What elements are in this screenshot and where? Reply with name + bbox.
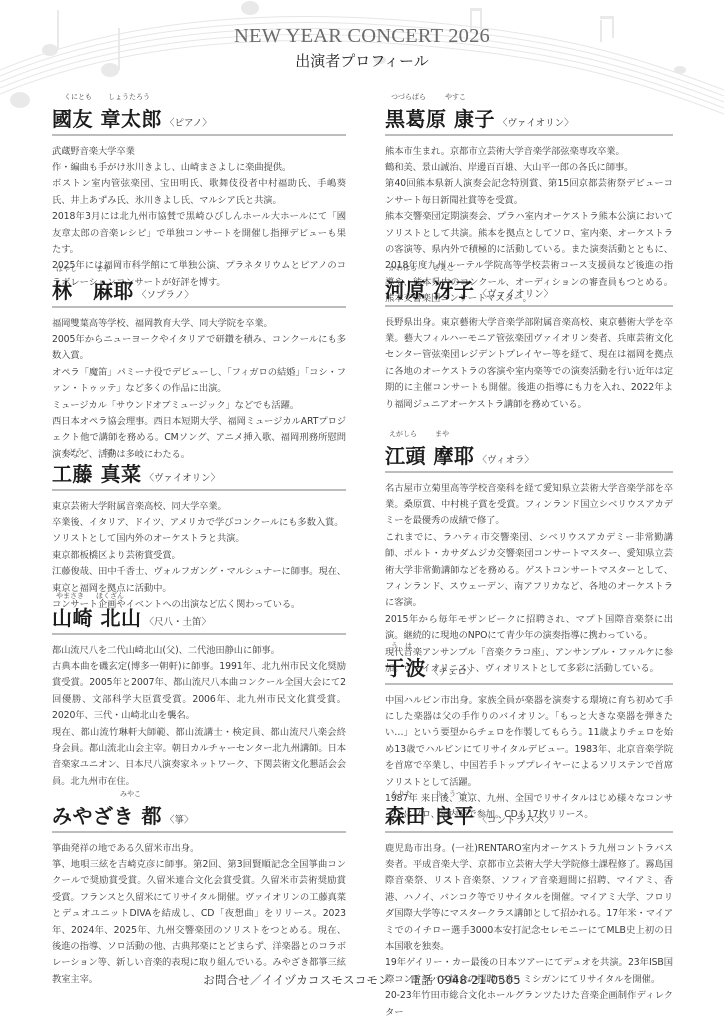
divider: [52, 134, 346, 136]
biography: 都山流尺八を二代山崎北山(父)、二代池田静山に師事。 古典本曲を磯玄定(博多一朝…: [52, 643, 346, 791]
biography: 福岡雙葉高等学校、福岡教育大学、同大学院を卒業。 2005年からニューヨークやイ…: [52, 316, 346, 464]
performer-name: 于波: [385, 652, 426, 681]
profile-tsuzurabara: つづらばら やすこ 黒葛原 康子 〈ヴァイオリン〉 熊本市生まれ。京都市立芸術大…: [385, 92, 673, 263]
divider: [52, 633, 346, 635]
ruby-family: やまさき: [56, 591, 84, 601]
instrument-label: 〈ヴァイオリン〉: [144, 470, 220, 484]
ruby-family: かわはら: [389, 263, 417, 273]
concert-title: NEW YEAR CONCERT 2026: [0, 24, 724, 48]
divider: [385, 134, 673, 136]
performer-name: 國友 章太郎: [52, 103, 162, 132]
biography: 鹿児島市出身。(一社)RENTARO室内オーケストラ九州コントラバス奏者。平成音…: [385, 841, 673, 1021]
right-column: つづらばら やすこ 黒葛原 康子 〈ヴァイオリン〉 熊本市生まれ。京都市立芸術大…: [385, 92, 673, 1021]
performer-name: 林 麻耶: [52, 275, 134, 304]
instrument-label: 〈チェロ〉: [429, 664, 476, 678]
ruby-family: はやし: [56, 264, 77, 274]
performer-name: 森田 良平: [385, 800, 474, 829]
profile-hayashi: はやし まや 林 麻耶 〈ソプラノ〉 福岡雙葉高等学校、福岡教育大学、同大学院を…: [52, 264, 346, 447]
profile-miyazaki: みやこ みやざき 都 〈箏〉 箏曲発祥の地である久留米市出身。 箏、地唄三絃を吉…: [52, 789, 346, 988]
instrument-label: 〈ヴァイオリン〉: [498, 115, 574, 129]
tel-label: 電話: [410, 973, 433, 987]
ruby-given: まや: [435, 429, 449, 439]
biography: 箏曲発祥の地である久留米市出身。 箏、地唄三絃を吉崎克彦に師事。第2回、第3回賢…: [52, 841, 346, 989]
performer-name: 山崎 北山: [52, 602, 141, 631]
ruby-given: みやこ: [120, 789, 141, 799]
ruby-family: えがしら: [389, 429, 417, 439]
divider: [385, 831, 673, 833]
performer-name: 工藤 真菜: [52, 458, 141, 487]
profile-kunitomo: くにとも しょうたろう 國友 章太郎 〈ピアノ〉 武蔵野音楽大学卒業 作・編曲も…: [52, 92, 346, 264]
contact-label: お問合せ／イイヅカコスモスコモン: [203, 973, 390, 987]
ruby-family: う は: [391, 641, 412, 651]
profile-yu-bo: う は 于波 〈チェロ〉 中国ハルビン市出身。家族全員が楽器を演奏する環境に育ち…: [385, 641, 673, 789]
performer-name: 江頭 摩耶: [385, 440, 474, 469]
contact-footer: お問合せ／イイヅカコスモスコモン 電話 0948-21-0505: [0, 972, 724, 988]
phone-number[interactable]: 0948-21-0505: [437, 973, 521, 987]
ruby-family: くどう: [62, 447, 83, 457]
performer-name: 河原 冴子: [385, 274, 474, 303]
page-title: 出演者プロフィール: [0, 51, 724, 71]
divider: [385, 305, 673, 307]
divider: [385, 683, 673, 685]
divider: [52, 489, 346, 491]
ruby-given: まや: [96, 264, 110, 274]
instrument-label: 〈ヴィオラ〉: [477, 452, 533, 466]
divider: [52, 831, 346, 833]
biography: 長野県出身。東京藝術大学音楽学部附属音楽高校、東京藝術大学を卒業。藝大フィルハー…: [385, 315, 673, 413]
performer-name: みやざき 都: [52, 800, 162, 829]
profile-kudo: くどう まな 工藤 真菜 〈ヴァイオリン〉 東京芸術大学附属音楽高校、同大学卒業…: [52, 447, 346, 591]
ruby-given: ほくざん: [96, 591, 124, 601]
ruby-family: もりた: [391, 789, 412, 799]
instrument-label: 〈尺八・土笛〉: [144, 614, 211, 628]
divider: [52, 306, 346, 308]
ruby-family: くにとも: [64, 92, 92, 102]
profile-kawahara: かわはら さえこ 河原 冴子 〈ヴァイオリン〉 長野県出身。東京藝術大学音楽学部…: [385, 263, 673, 429]
ruby-given: やすこ: [445, 92, 466, 102]
left-column: くにとも しょうたろう 國友 章太郎 〈ピアノ〉 武蔵野音楽大学卒業 作・編曲も…: [52, 92, 346, 988]
profile-yamasaki: やまさき ほくざん 山崎 北山 〈尺八・土笛〉 都山流尺八を二代山崎北山(父)、…: [52, 591, 346, 789]
performer-name: 黒葛原 康子: [385, 103, 495, 132]
ruby-given: しょうたろう: [108, 92, 150, 102]
ruby-given: まな: [102, 447, 116, 457]
instrument-label: 〈箏〉: [165, 812, 194, 826]
instrument-label: 〈ピアノ〉: [165, 115, 212, 129]
instrument-label: 〈ソプラノ〉: [137, 287, 194, 301]
ruby-family: つづらばら: [391, 92, 426, 102]
profile-egashira: えがしら まや 江頭 摩耶 〈ヴィオラ〉 名古屋市立菊里高等学校音楽科を経て愛知…: [385, 429, 673, 641]
page-header: NEW YEAR CONCERT 2026 出演者プロフィール: [0, 24, 724, 71]
instrument-label: 〈コントラバス〉: [477, 812, 553, 826]
ruby-given: りょうへい: [435, 789, 470, 799]
instrument-label: 〈ヴァイオリン〉: [477, 286, 553, 300]
ruby-given: さえこ: [433, 263, 454, 273]
divider: [385, 471, 673, 473]
